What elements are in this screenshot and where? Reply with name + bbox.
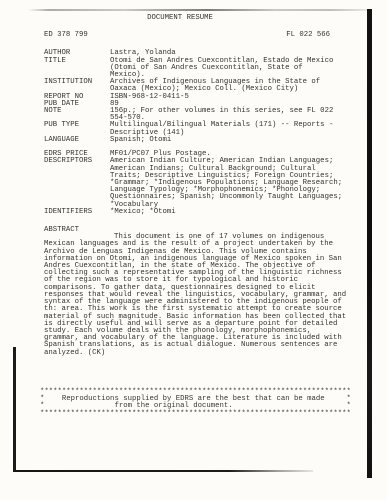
field-line: ISBN-968-12-0411-5 bbox=[110, 94, 356, 101]
scan-edge-bottom bbox=[13, 470, 313, 472]
scan-edge-top bbox=[28, 9, 372, 11]
accession-number-row: ED 378 799 FL 022 566 bbox=[44, 32, 330, 39]
scan-edge-right bbox=[367, 9, 372, 478]
field-value: 156p.; For other volumes in this series,… bbox=[110, 108, 356, 122]
document-content: DOCUMENT RESUME ED 378 799 FL 022 566 AU… bbox=[44, 15, 356, 357]
field-value: ISBN-968-12-0411-5 bbox=[110, 94, 356, 101]
field-line: (Otomi of San Andres Cuexcontitlan, Stat… bbox=[110, 65, 356, 72]
field-row: PUB TYPEMultilingual/Bilingual Materials… bbox=[44, 122, 356, 136]
field-row: INSTITUTIONArchives of Indigenous Langua… bbox=[44, 79, 356, 93]
field-label: INSTITUTION bbox=[44, 79, 110, 93]
field-value: Multilingual/Bilingual Materials (171) -… bbox=[110, 122, 356, 136]
field-label: TITLE bbox=[44, 58, 110, 80]
field-row: REPORT NOISBN-968-12-0411-5 bbox=[44, 94, 356, 101]
scan-edge-left bbox=[13, 347, 16, 472]
notice-line: ****************************************… bbox=[40, 411, 351, 418]
field-row: TITLEOtomi de San Andres Cuexcontitlan, … bbox=[44, 58, 356, 80]
field-line: 156p.; For other volumes in this series,… bbox=[110, 108, 356, 115]
document-resume-header: DOCUMENT RESUME bbox=[44, 15, 316, 22]
fields-table: AUTHORLastra, YolandaTITLEOtomi de San A… bbox=[44, 50, 356, 216]
abstract-line: analyzed. (CK) bbox=[44, 350, 356, 357]
field-label: IDENTIFIERS bbox=[44, 209, 110, 216]
field-label: PUB TYPE bbox=[44, 122, 110, 136]
field-label: LANGUAGE bbox=[44, 137, 110, 144]
field-row: LANGUAGESpanish; Otomi bbox=[44, 137, 356, 144]
field-row: IDENTIFIERS*Mexico; *Otomi bbox=[44, 209, 356, 216]
field-value: Spanish; Otomi bbox=[110, 137, 356, 144]
field-line: *Mexico; *Otomi bbox=[110, 209, 356, 216]
abstract-section: ABSTRACT This document is one of 17 volu… bbox=[44, 227, 356, 357]
field-row: NOTE156p.; For other volumes in this ser… bbox=[44, 108, 356, 122]
field-label: DESCRIPTORS bbox=[44, 158, 110, 208]
field-value: American Indian Culture; American Indian… bbox=[110, 158, 356, 208]
scanned-document-page: DOCUMENT RESUME ED 378 799 FL 022 566 AU… bbox=[0, 0, 387, 500]
abstract-body: This document is one of 17 volumes on in… bbox=[44, 234, 356, 356]
field-label: NOTE bbox=[44, 108, 110, 122]
ed-number: ED 378 799 bbox=[44, 32, 88, 39]
field-row: DESCRIPTORSAmerican Indian Culture; Amer… bbox=[44, 158, 356, 208]
field-value: Otomi de San Andres Cuexcontitlan, Estad… bbox=[110, 58, 356, 80]
field-line: Spanish; Otomi bbox=[110, 137, 356, 144]
fl-number: FL 022 566 bbox=[286, 32, 330, 39]
eric-reproduction-notice: ****************************************… bbox=[40, 389, 351, 418]
field-value: Archives of Indigenous Languages in the … bbox=[110, 79, 356, 93]
field-value: *Mexico; *Otomi bbox=[110, 209, 356, 216]
